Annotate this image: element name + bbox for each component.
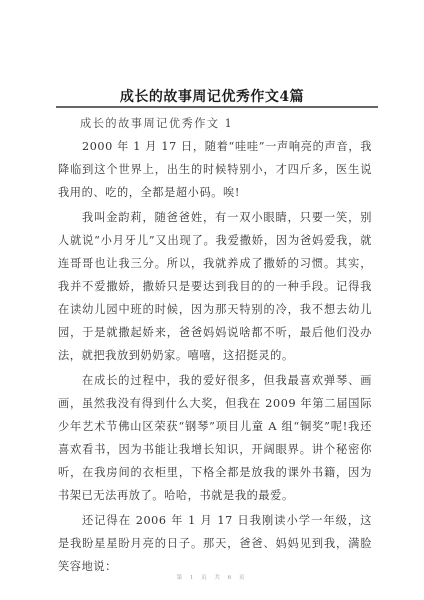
document-title: 成长的故事周记优秀作文4篇 [0, 86, 424, 106]
page-number: 第 1 页 共 6 页 [0, 573, 424, 581]
document-body: 成长的故事周记优秀作文 1 2000 年 1 月 17 日，随着“哇哇”一声响亮… [58, 112, 372, 580]
essay-subtitle: 成长的故事周记优秀作文 1 [58, 112, 372, 135]
paragraph: 在成长的过程中，我的爱好很多，但我最喜欢弹琴、画画，虽然我没有得到什么大奖，但我… [58, 369, 372, 507]
title-divider [56, 106, 378, 108]
paragraph: 我叫金韵莉，随爸爸姓，有一双小眼睛，只要一笑，别人就说“小月牙儿”又出现了。我爱… [58, 206, 372, 367]
paragraph: 还记得在 2006 年 1 月 17 日我刚读小学一年级，这是我盼星星盼月亮的日… [58, 509, 372, 578]
paragraph: 2000 年 1 月 17 日，随着“哇哇”一声响亮的声音，我降临到这个世界上，… [58, 135, 372, 204]
